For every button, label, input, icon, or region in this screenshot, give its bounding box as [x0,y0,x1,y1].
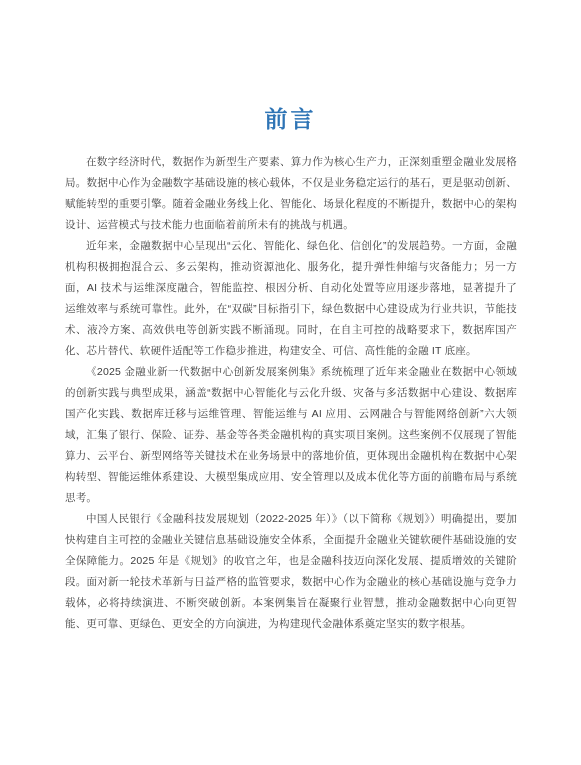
paragraph: 中国人民银行《金融科技发展规划（2022-2025 年）》（以下简称《规划》）明… [65,509,517,635]
document-page: 前言 在数字经济时代，数据作为新型生产要素、算力作为核心生产力，正深刻重塑金融业… [0,0,581,765]
document-body: 在数字经济时代，数据作为新型生产要素、算力作为核心生产力，正深刻重塑金融业发展格… [65,152,517,635]
page-title: 前言 [0,0,581,132]
paragraph: 《2025 金融业新一代数据中心创新发展案例集》系统梳理了近年来金融业在数据中心… [65,362,517,509]
paragraph: 近年来，金融数据中心呈现出“云化、智能化、绿色化、信创化”的发展趋势。一方面，金… [65,236,517,362]
paragraph: 在数字经济时代，数据作为新型生产要素、算力作为核心生产力，正深刻重塑金融业发展格… [65,152,517,236]
